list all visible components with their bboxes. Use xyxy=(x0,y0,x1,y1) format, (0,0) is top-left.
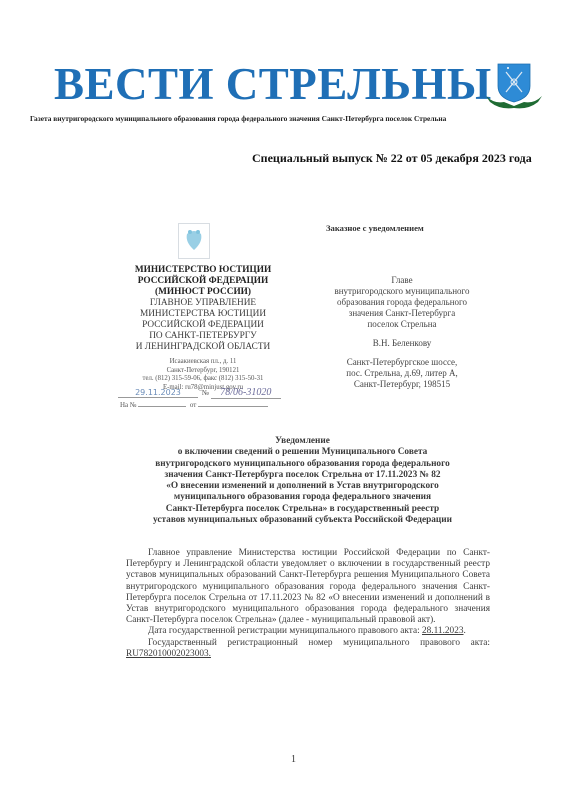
body-paragraph: Главное управление Министерства юстиции … xyxy=(126,548,490,626)
registration-line: 29.11.2023 № 78/06-31020 xyxy=(118,387,281,399)
notice-line: значения Санкт-Петербурга поселок Стрель… xyxy=(110,470,495,481)
notice-line: Санкт-Петербурга поселок Стрельна» в гос… xyxy=(110,504,495,515)
letterhead-line: РОССИЙСКОЙ ФЕДЕРАЦИИ xyxy=(105,320,301,331)
reg-date-value: 28.11.2023 xyxy=(422,626,464,636)
reg-number-value: RU782010002023003. xyxy=(126,649,211,659)
recipient-line: значения Санкт-Петербурга xyxy=(294,308,510,319)
reg-no-label: № xyxy=(202,388,209,397)
letterhead-line: ГЛАВНОЕ УПРАВЛЕНИЕ xyxy=(105,298,301,309)
recipient-line: образования города федерального xyxy=(294,297,510,308)
reg-date: 29.11.2023 xyxy=(135,388,181,397)
notice-heading-block: Уведомление о включении сведений о решен… xyxy=(110,436,495,526)
letterhead-line: И ЛЕНИНГРАДСКОЙ ОБЛАСТИ xyxy=(105,342,301,353)
reg-date-paragraph: Дата государственной регистрации муницип… xyxy=(126,626,490,637)
recipient-address-line: Санкт-Петербургское шоссе, xyxy=(294,357,510,368)
address-line: Санкт-Петербург, 190121 xyxy=(105,367,301,376)
ot-label: от xyxy=(190,401,196,409)
reg-number-label: Государственный регистрационный номер му… xyxy=(148,638,490,648)
notice-line: о включении сведений о решении Муниципал… xyxy=(110,447,495,458)
scanned-letter: МИНИСТЕРСТВО ЮСТИЦИИ РОССИЙСКОЙ ФЕДЕРАЦИ… xyxy=(0,0,566,800)
letterhead-line: МИНИСТЕРСТВО ЮСТИЦИИ xyxy=(105,265,301,276)
notice-line: «О внесении изменений и дополнений в Уст… xyxy=(110,481,495,492)
recipient-address-line: пос. Стрельна, д.69, литер А, xyxy=(294,368,510,379)
reg-number: 78/06-31020 xyxy=(220,387,271,398)
reg-number-paragraph: Государственный регистрационный номер му… xyxy=(126,638,490,660)
ministry-letterhead: МИНИСТЕРСТВО ЮСТИЦИИ РОССИЙСКОЙ ФЕДЕРАЦИ… xyxy=(105,265,301,392)
letterhead-line: МИНИСТЕРСТВА ЮСТИЦИИ xyxy=(105,309,301,320)
russian-eagle-icon xyxy=(178,223,210,259)
registered-mail-label: Заказное с уведомлением xyxy=(326,223,424,233)
letterhead-line: РОССИЙСКОЙ ФЕДЕРАЦИИ xyxy=(105,276,301,287)
recipient-block: Главе внутригородского муниципального об… xyxy=(294,275,510,390)
recipient-line: Главе xyxy=(294,275,510,286)
recipient-line: внутригородского муниципального xyxy=(294,286,510,297)
letterhead-line: (МИНЮСТ РОССИИ) xyxy=(105,287,301,298)
page-number: 1 xyxy=(291,754,296,765)
address-line: тел. (812) 315-59-06, факс (812) 315-50-… xyxy=(105,375,301,384)
notice-title: Уведомление xyxy=(110,436,495,447)
recipient-name: В.Н. Беленкову xyxy=(294,338,510,349)
notice-body: Главное управление Министерства юстиции … xyxy=(126,548,490,660)
letterhead-line: ПО САНКТ-ПЕТЕРБУРГУ xyxy=(105,331,301,342)
notice-line: уставов муниципальных образований субъек… xyxy=(110,515,495,526)
recipient-address-line: Санкт-Петербург, 198515 xyxy=(294,379,510,390)
notice-line: внутригородского муниципального образова… xyxy=(110,459,495,470)
notice-line: муниципального образования города федера… xyxy=(110,492,495,503)
recipient-line: поселок Стрельна xyxy=(294,319,510,330)
address-line: Исаакиевская пл., д. 11 xyxy=(105,358,301,367)
na-label: На № xyxy=(120,401,137,409)
reference-line: На № от xyxy=(120,401,268,409)
reg-date-label: Дата государственной регистрации муницип… xyxy=(148,626,420,636)
